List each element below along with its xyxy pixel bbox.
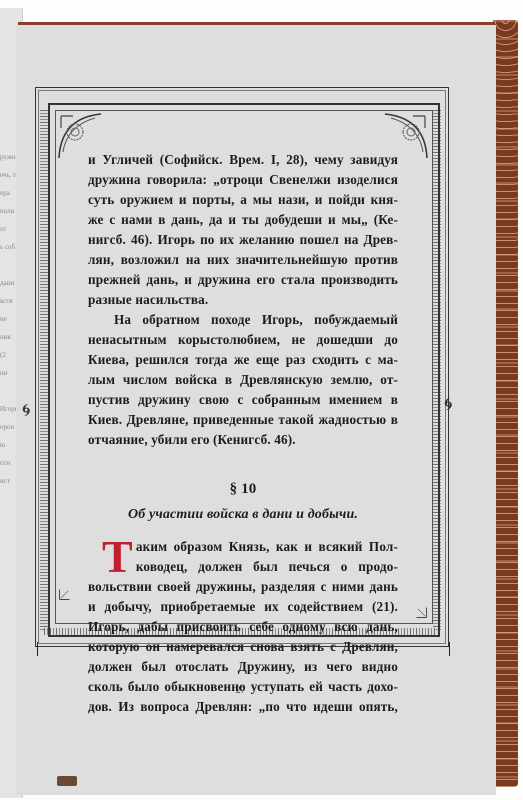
text-line: суть оружием и порты, а мы нази, и пойди… bbox=[88, 190, 398, 210]
section-title: Об участии войска в дани и добычи. bbox=[88, 505, 398, 525]
ornamental-band-left bbox=[40, 110, 48, 630]
corner-ornament-icon bbox=[57, 572, 87, 602]
text-line: которую он намеревался снова взять с Дре… bbox=[88, 637, 398, 657]
text-line: отчаяние, убили его (Кенигсб. 46). bbox=[88, 430, 398, 450]
text-line: дов. Из вопроса Древлян: „по что идеши о… bbox=[88, 697, 398, 717]
text-line: Киев. Древляне, приведенные такой жаднос… bbox=[88, 410, 398, 430]
text-line: разные насильства. bbox=[88, 290, 398, 310]
book-binding-edge bbox=[493, 20, 518, 787]
text-line: аким образом Князь, как и всякий Пол- bbox=[88, 537, 398, 557]
text-line: и добычу, приобретаемые их содействием (… bbox=[88, 597, 398, 617]
text-line: дружина говорила: „отроци Свенелжи изоде… bbox=[88, 170, 398, 190]
page-body-text: и Угличей (Софийск. Врем. I, 28), чему з… bbox=[88, 150, 398, 717]
bookmark-ribbon bbox=[57, 776, 77, 786]
scroll-curl-ornament-icon: 🌀︎ bbox=[444, 394, 452, 415]
page-number: 27 bbox=[236, 685, 245, 695]
text-line: должен был отослать Дружину, из чего вид… bbox=[88, 657, 398, 677]
text-line: Игорь, дабы присвоить себе одному всю да… bbox=[88, 617, 398, 637]
text-line: ненасытным корыстолюбием, не дошедши до bbox=[88, 330, 398, 350]
text-line: же с нами в дань, да и ты добудеши и мы„… bbox=[88, 210, 398, 230]
text-line: лым числом войска в Древлянскую землю, о… bbox=[88, 370, 398, 390]
scroll-curl-ornament-icon: 🌀︎ bbox=[22, 400, 30, 421]
text-line: пустив дружину свою с собранным имением … bbox=[88, 390, 398, 410]
text-line: и Угличей (Софийск. Врем. I, 28), чему з… bbox=[88, 150, 398, 170]
section-number: § 10 bbox=[88, 479, 398, 499]
text-line: ководец, должен был печься о продо- bbox=[88, 557, 398, 577]
frame-corner-tick bbox=[37, 642, 38, 656]
paragraph-1: и Угличей (Софийск. Врем. I, 28), чему з… bbox=[88, 150, 398, 310]
text-line: На обратном походе Игорь, побуждаемый bbox=[88, 310, 398, 330]
text-line: вольствии своей дружины, разделяя с ними… bbox=[88, 577, 398, 597]
drop-cap-letter: Т bbox=[102, 538, 133, 576]
frame-corner-tick bbox=[449, 642, 450, 656]
corner-ornament-icon bbox=[399, 590, 429, 620]
text-line: прежней дань, и дружина его стала произв… bbox=[88, 270, 398, 290]
paragraph-2: На обратном походе Игорь, побуждаемый не… bbox=[88, 310, 398, 450]
text-line: Киева, решился тогда же еще раз сходить … bbox=[88, 350, 398, 370]
text-line: лян, возложил на них значительнейшую про… bbox=[88, 250, 398, 270]
text-line: нигсб. 46). Игорь по их желанию пошел на… bbox=[88, 230, 398, 250]
